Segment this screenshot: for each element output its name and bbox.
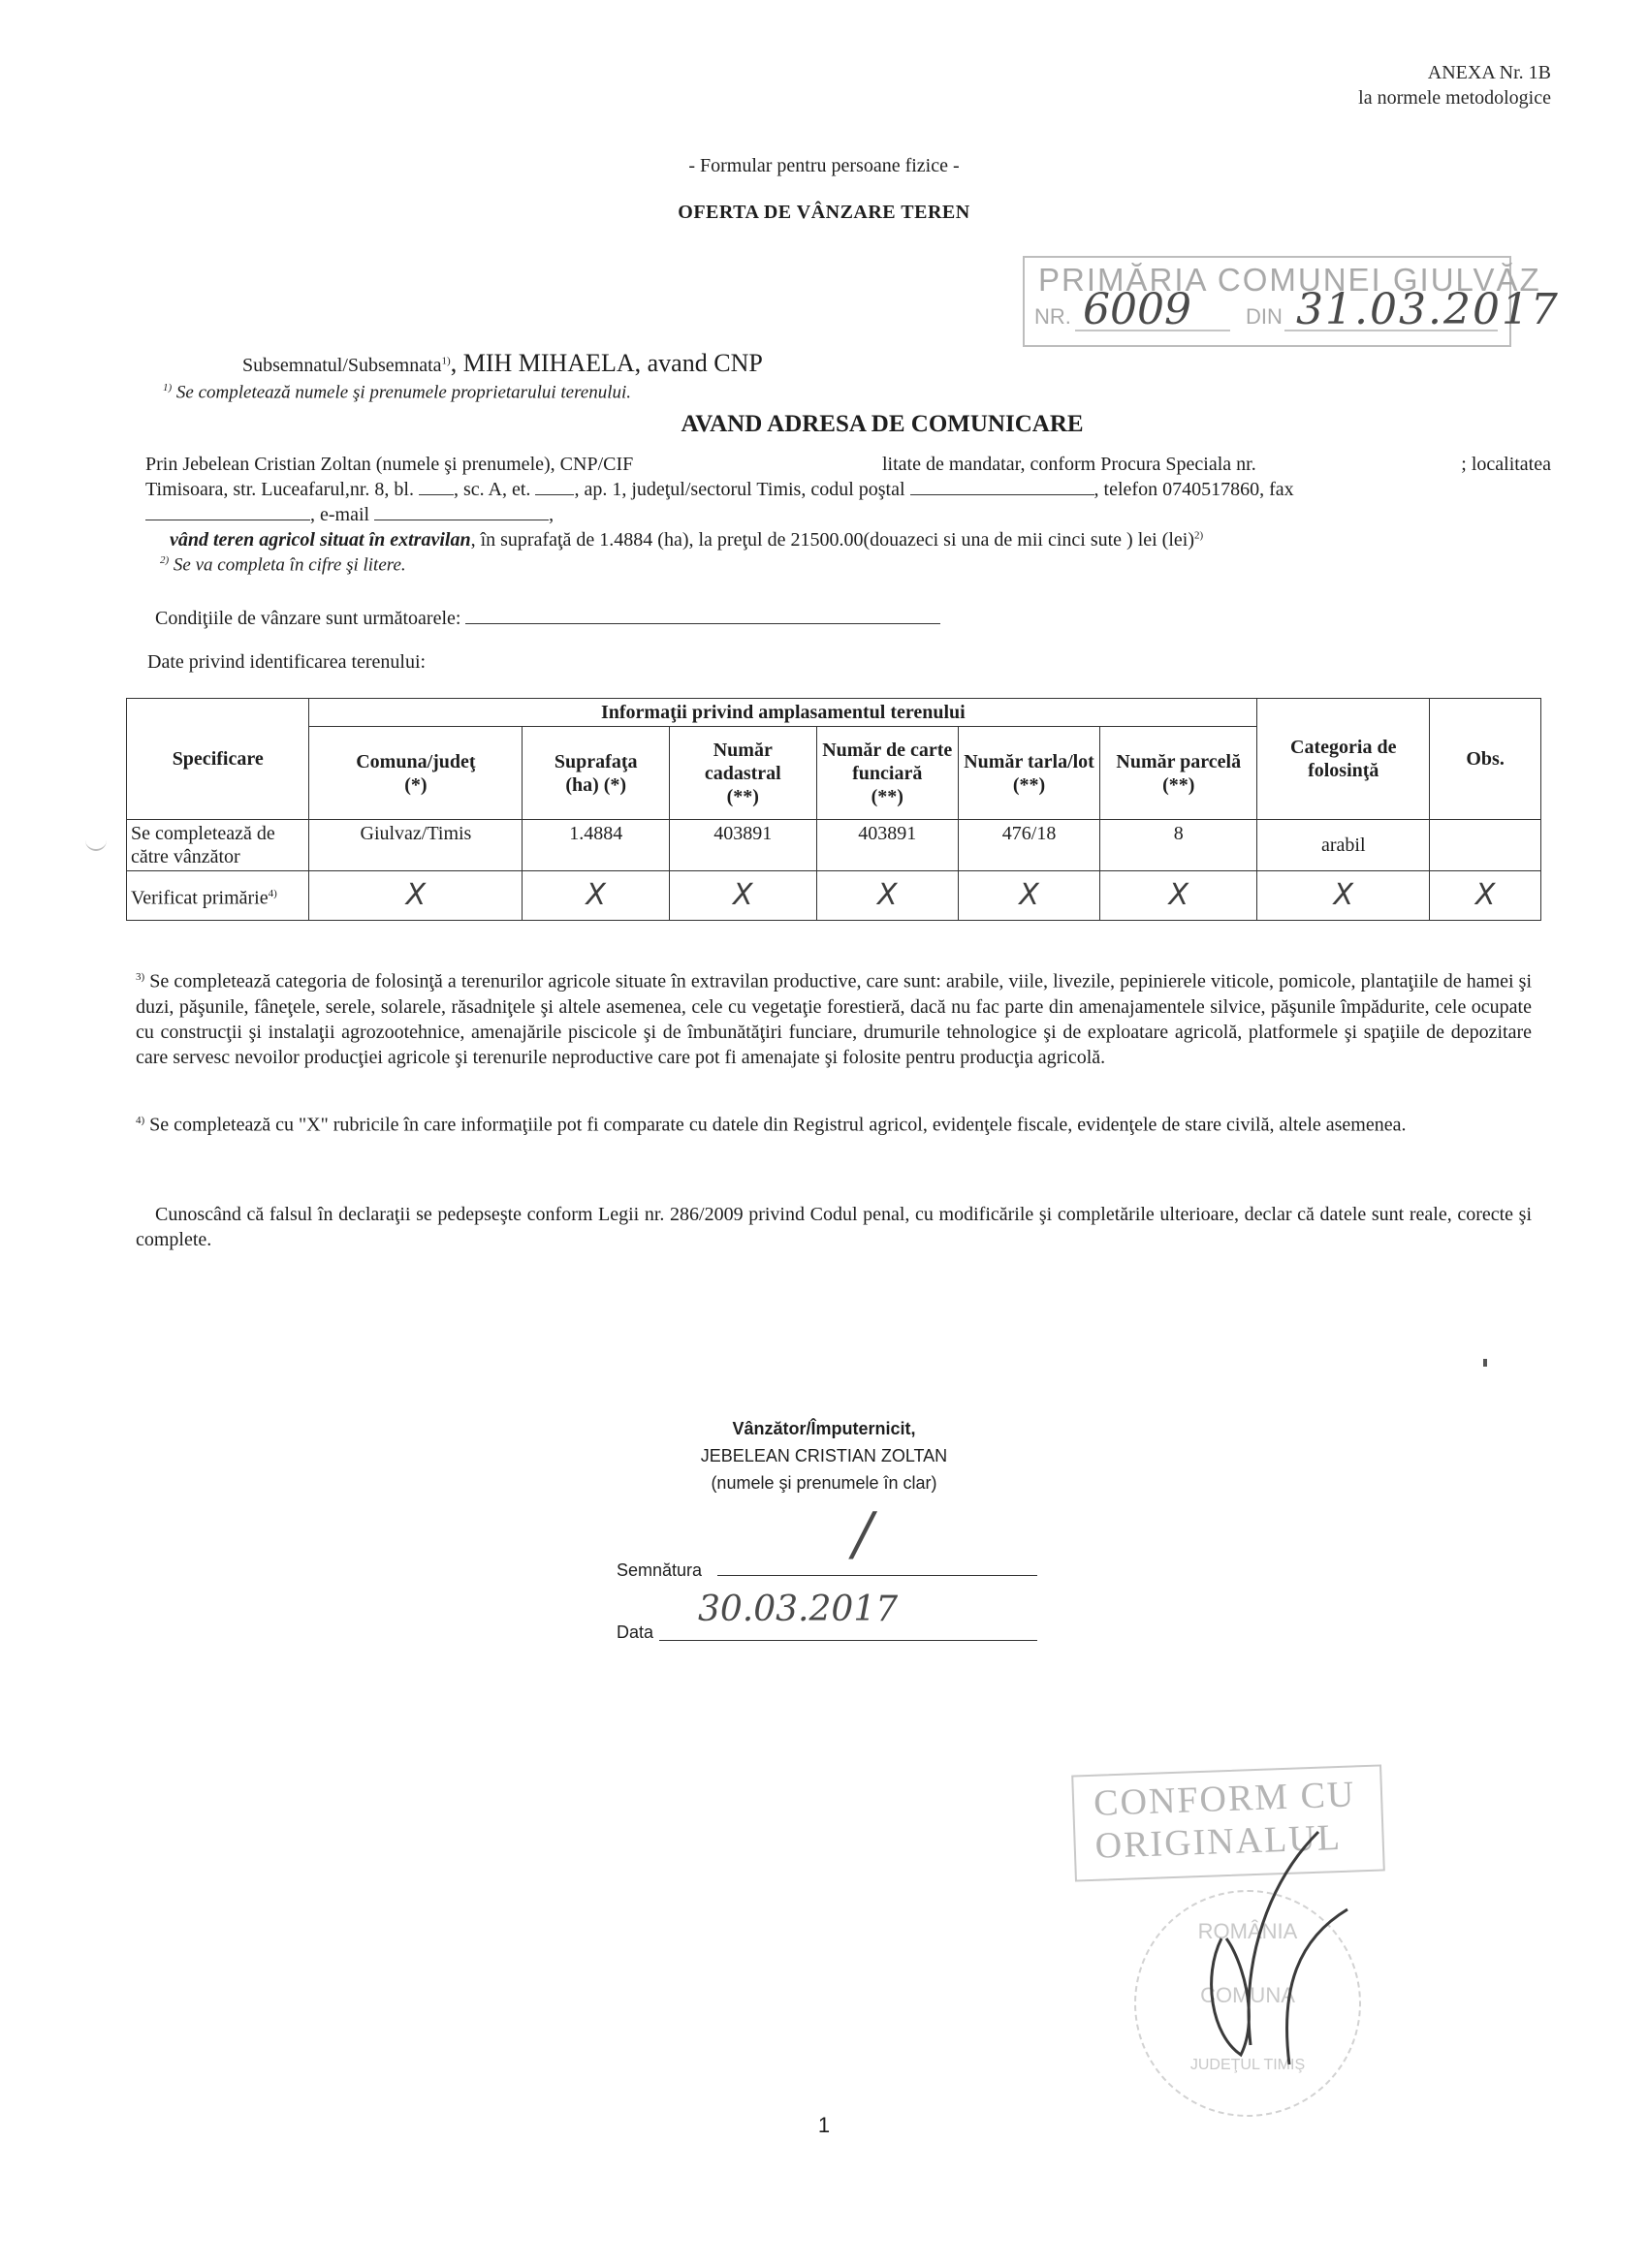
owner-prefix: Subsemnatul/Subsemnata — [242, 355, 442, 376]
conditions-label: Condiţiile de vânzare sunt următoarele: — [155, 608, 460, 629]
footnote-2-marker: 2) — [160, 554, 169, 566]
annex-subtitle: la normele metodologice — [1358, 85, 1551, 110]
address-mandate: litate de mandatar, conform Procura Spec… — [882, 452, 1256, 477]
stamp-nr-value: 6009 — [1083, 285, 1191, 334]
check-mark-icon: X — [1430, 871, 1541, 921]
email-field[interactable] — [374, 502, 549, 520]
cell-nr-tarla-lot: 476/18 — [958, 820, 1099, 871]
check-mark-icon: X — [816, 871, 958, 921]
header-nr-cadastral: Număr cadastral(**) — [670, 727, 817, 820]
signature-label: Semnătura — [617, 1560, 702, 1581]
owner-line: Subsemnatul/Subsemnata1), MIH MIHAELA, a… — [242, 349, 763, 378]
owner-footnote-ref: 1) — [442, 355, 451, 366]
footnote-4-marker: 4) — [136, 1115, 144, 1126]
cell-obs — [1430, 820, 1541, 871]
footnote-1-text: Se completează numele şi prenumele propr… — [176, 382, 631, 402]
owner-name: , MIH MIHAELA, avand CNP — [451, 349, 763, 377]
annex-number: ANEXA Nr. 1B — [1358, 60, 1551, 85]
cell-nr-parcela: 8 — [1100, 820, 1257, 871]
certifier-signature-icon — [1183, 1822, 1357, 2074]
address-street: Timisoara, str. Luceafarul,nr. 8, bl. — [145, 479, 414, 500]
cell-comuna: Giulvaz/Timis — [309, 820, 523, 871]
footnote-1: 1) Se completează numele şi prenumele pr… — [163, 382, 631, 403]
address-email-label: , e-mail — [310, 504, 369, 525]
document-title: OFERTA DE VÂNZARE TEREN — [0, 202, 1648, 224]
check-mark-icon: X — [1257, 871, 1430, 921]
land-offer-line: vând teren agricol situat în extravilan,… — [170, 529, 1203, 551]
stamp-din-value: 31.03.2017 — [1296, 285, 1560, 334]
address-line-1: Prin Jebelean Cristian Zoltan (numele şi… — [145, 452, 1551, 477]
footnote-3: 3) Se completează categoria de folosinţă… — [136, 964, 1532, 1070]
declaration-text: Cunoscând că falsul în declaraţii se ped… — [136, 1202, 1532, 1252]
footnote-3-marker: 3) — [136, 971, 144, 983]
annex-reference: ANEXA Nr. 1B la normele metodologice — [1358, 60, 1551, 110]
footnote-4: 4) Se completează cu "X" rubricile în ca… — [136, 1108, 1532, 1138]
address-agent: Prin Jebelean Cristian Zoltan (numele şi… — [145, 454, 633, 475]
table-row: Verificat primărie4) X X X X X X X X — [127, 871, 1541, 921]
header-location-group: Informaţii privind amplasamentul terenul… — [309, 699, 1257, 727]
address-line-end: , — [549, 504, 554, 525]
row-label: Se completează de către vânzător — [127, 820, 309, 871]
footnote-1-marker: 1) — [163, 382, 172, 394]
conditions-field[interactable] — [465, 606, 940, 624]
page-number: 1 — [0, 2113, 1648, 2138]
address-ap: , ap. 1, judeţul/sectorul Timis, codul p… — [574, 479, 904, 500]
fax-field[interactable] — [145, 502, 310, 520]
land-offer-footnote-ref: 2) — [1194, 529, 1203, 541]
footnote-3-text: Se completează categoria de folosinţă a … — [136, 971, 1532, 1068]
date-field[interactable] — [659, 1640, 1037, 1641]
form-subtitle: - Formular pentru persoane fizice - — [0, 155, 1648, 177]
check-mark-icon: X — [523, 871, 670, 921]
address-sc: , sc. A, et. — [454, 479, 530, 500]
address-line-3: , e-mail , — [145, 502, 1551, 527]
header-nr-parcela: Număr parcelă(**) — [1100, 727, 1257, 820]
check-mark-icon: X — [958, 871, 1099, 921]
stamp-nr-label: NR. — [1034, 304, 1071, 330]
margin-mark — [85, 839, 107, 851]
address-phone: , telefon 0740517860, fax — [1094, 479, 1294, 500]
bl-field[interactable] — [419, 477, 454, 495]
signature-mark-icon: / — [853, 1500, 872, 1568]
row-label: Verificat primărie4) — [127, 871, 309, 921]
header-comuna: Comuna/judeţ(*) — [309, 727, 523, 820]
address-locality-label: ; localitatea — [1461, 452, 1551, 477]
header-suprafata: Suprafaţa(ha) (*) — [523, 727, 670, 820]
date-label: Data — [617, 1622, 653, 1643]
registration-stamp: PRIMĂRIA COMUNEI GIULVĂZ NR. 6009 DIN 31… — [1023, 256, 1511, 347]
conditions-line: Condiţiile de vânzare sunt următoarele: — [155, 606, 940, 630]
footnote-2-text: Se va completa în cifre şi litere. — [174, 554, 406, 575]
check-mark-icon: X — [1100, 871, 1257, 921]
postal-code-field[interactable] — [910, 477, 1094, 495]
land-identification-table: Specificare Informaţii privind amplasame… — [126, 698, 1541, 921]
scan-speck — [1483, 1359, 1487, 1367]
cell-suprafata: 1.4884 — [523, 820, 670, 871]
signer-name-hint: (numele şi prenumele în clar) — [0, 1469, 1648, 1496]
land-offer-bold: vând teren agricol situat în extravilan — [170, 529, 471, 551]
signature-block: Vânzător/Împuternicit, JEBELEAN CRISTIAN… — [0, 1415, 1648, 1496]
footnote-2: 2) Se va completa în cifre şi litere. — [160, 554, 406, 576]
address-line-2: Timisoara, str. Luceafarul,nr. 8, bl. , … — [145, 477, 1551, 502]
footnote-4-text: Se completează cu "X" rubricile în care … — [149, 1115, 1406, 1136]
header-nr-tarla-lot: Număr tarla/lot(**) — [958, 727, 1099, 820]
address-paragraph: Prin Jebelean Cristian Zoltan (numele şi… — [145, 452, 1551, 527]
table-row: Se completează de către vânzător Giulvaz… — [127, 820, 1541, 871]
et-field[interactable] — [535, 477, 574, 495]
date-value: 30.03.2017 — [698, 1590, 898, 1629]
check-mark-icon: X — [309, 871, 523, 921]
signer-role: Vânzător/Împuternicit, — [0, 1415, 1648, 1442]
cell-nr-cadastral: 403891 — [670, 820, 817, 871]
header-categoria: Categoria de folosinţă — [1257, 699, 1430, 820]
header-nr-carte-funciara: Număr de carte funciară(**) — [816, 727, 958, 820]
stamp-din-label: DIN — [1246, 304, 1283, 330]
signer-name: JEBELEAN CRISTIAN ZOLTAN — [0, 1442, 1648, 1469]
check-mark-icon: X — [670, 871, 817, 921]
header-specificare: Specificare — [127, 699, 309, 820]
signature-field[interactable] — [717, 1575, 1037, 1576]
identification-label: Date privind identificarea terenului: — [147, 651, 426, 674]
cell-categoria: arabil — [1257, 820, 1430, 871]
header-obs: Obs. — [1430, 699, 1541, 820]
address-heading: AVAND ADRESA DE COMUNICARE — [0, 411, 1648, 438]
land-offer-details: , în suprafaţă de 1.4884 (ha), la preţul… — [471, 529, 1194, 551]
cell-nr-carte-funciara: 403891 — [816, 820, 958, 871]
